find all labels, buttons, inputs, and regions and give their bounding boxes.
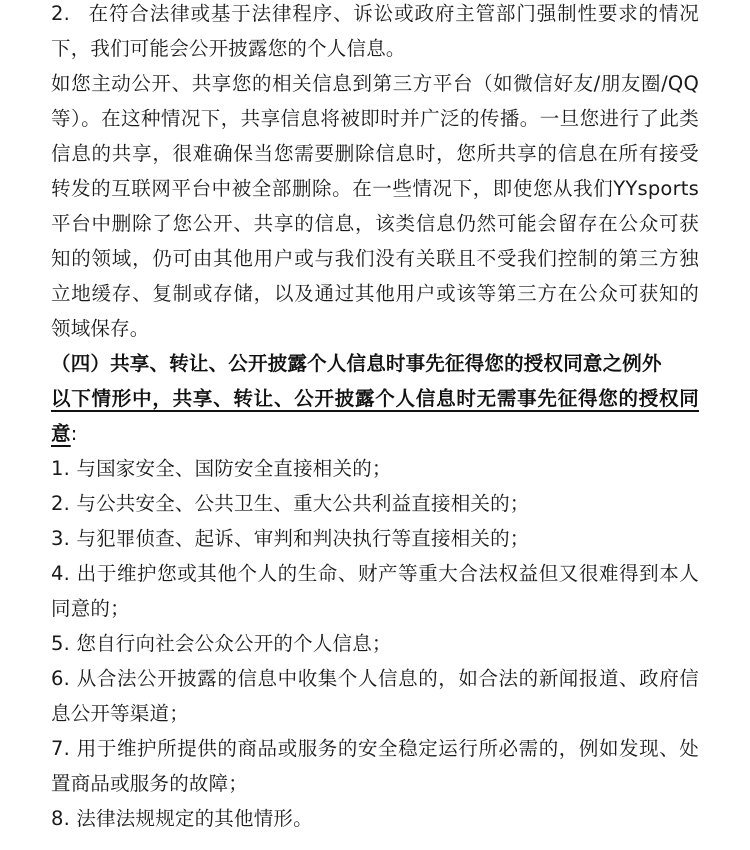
exception-item: 5. 您自行向社会公众公开的个人信息； bbox=[51, 626, 699, 661]
privacy-policy-document: 2.在符合法律或基于法律程序、诉讼或政府主管部门强制性要求的情况下，我们可能会公… bbox=[51, 0, 699, 836]
exceptions-intro: 以下情形中，共享、转让、公开披露个人信息时无需事先征得您的授权同意: bbox=[51, 381, 699, 451]
exception-item: 2. 与公共安全、公共卫生、重大公共利益直接相关的； bbox=[51, 486, 699, 521]
list-number: 2. bbox=[51, 2, 70, 25]
paragraph-user-public-sharing: 如您主动公开、共享您的相关信息到第三方平台（如微信好友/朋友圈/QQ等）。在这种… bbox=[51, 66, 699, 346]
exception-item: 4. 出于维护您或其他个人的生命、财产等重大合法权益但又很难得到本人同意的； bbox=[51, 556, 699, 626]
paragraph-public-disclosure-law: 2.在符合法律或基于法律程序、诉讼或政府主管部门强制性要求的情况下，我们可能会公… bbox=[51, 0, 699, 66]
exception-item: 8. 法律法规规定的其他情形。 bbox=[51, 801, 699, 836]
exception-item: 6. 从合法公开披露的信息中收集个人信息的，如合法的新闻报道、政府信息公开等渠道… bbox=[51, 661, 699, 731]
exception-item: 3. 与犯罪侦查、起诉、审判和判决执行等直接相关的； bbox=[51, 521, 699, 556]
exceptions-intro-underlined: 以下情形中，共享、转让、公开披露个人信息时无需事先征得您的授权同意 bbox=[51, 387, 699, 445]
section-heading: （四）共享、转让、公开披露个人信息时事先征得您的授权同意之例外 bbox=[51, 346, 699, 381]
paragraph-text: 在符合法律或基于法律程序、诉讼或政府主管部门强制性要求的情况下，我们可能会公开披… bbox=[51, 2, 699, 60]
exception-item: 7. 用于维护所提供的商品或服务的安全稳定运行所必需的，例如发现、处置商品或服务… bbox=[51, 731, 699, 801]
exceptions-intro-colon: : bbox=[71, 422, 78, 445]
exception-item: 1. 与国家安全、国防安全直接相关的； bbox=[51, 451, 699, 486]
